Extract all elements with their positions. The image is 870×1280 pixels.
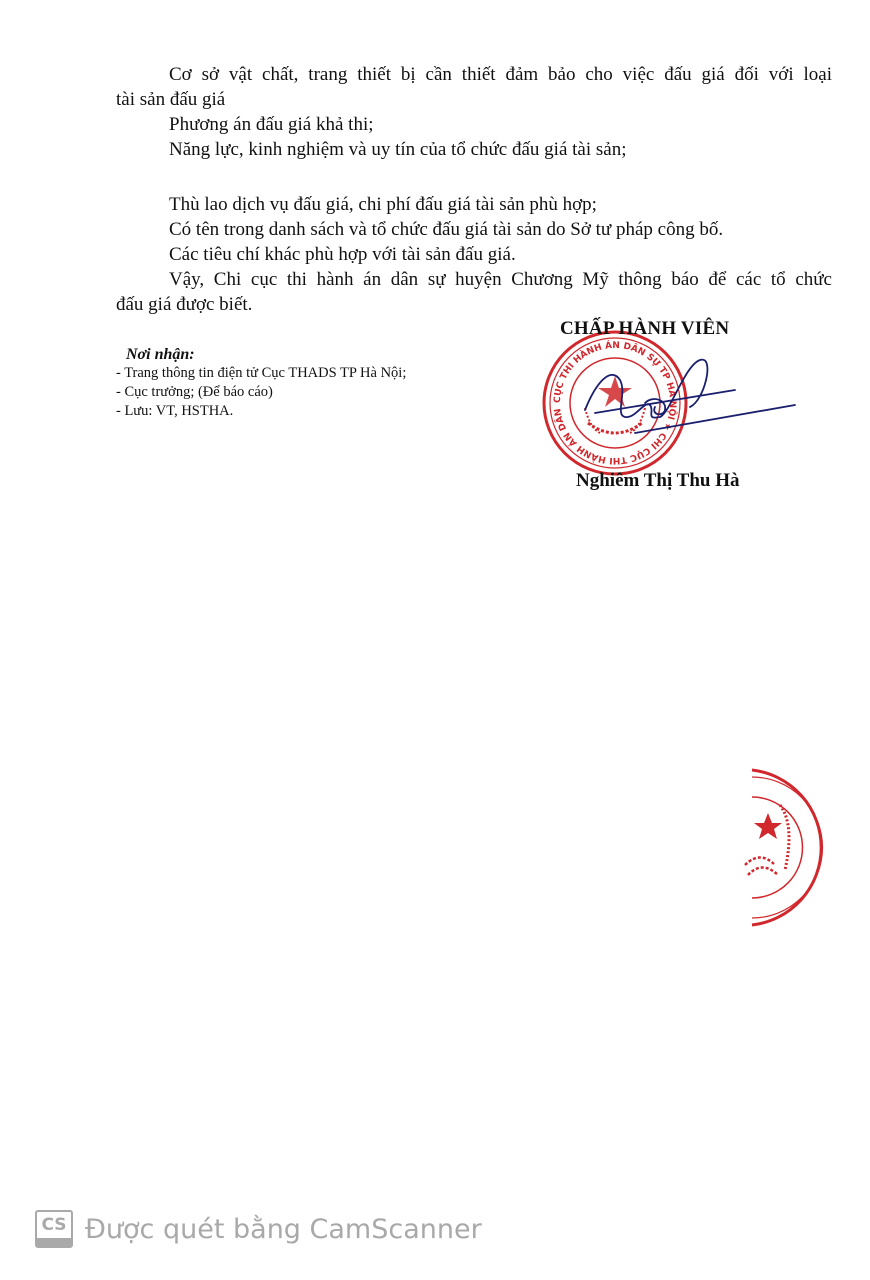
- recipients-title: Nơi nhận:: [116, 345, 406, 364]
- text-line: đấu giá được biết.: [116, 292, 832, 317]
- recipient-item: - Trang thông tin điện tử Cục THADS TP H…: [116, 364, 406, 383]
- handwritten-signature-icon: [575, 345, 805, 435]
- signer-name: Nghiêm Thị Thu Hà: [576, 470, 740, 492]
- criteria-block-2: Thù lao dịch vụ đấu giá, chi phí đấu giá…: [116, 192, 832, 317]
- edge-seal-icon: [740, 765, 840, 930]
- text-line: tài sản đấu giá: [116, 87, 832, 112]
- text-line: Có tên trong danh sách và tổ chức đấu gi…: [116, 217, 832, 242]
- text-line: Phương án đấu giá khả thi;: [116, 112, 832, 137]
- signer-role: CHẤP HÀNH VIÊN: [560, 318, 729, 340]
- text-line: Thù lao dịch vụ đấu giá, chi phí đấu giá…: [116, 192, 832, 217]
- text-line: Năng lực, kinh nghiệm và uy tín của tổ c…: [116, 137, 832, 162]
- text-line: Cơ sở vật chất, trang thiết bị cần thiết…: [116, 62, 832, 87]
- criteria-block-1: Cơ sở vật chất, trang thiết bị cần thiết…: [116, 62, 832, 162]
- document-page: Cơ sở vật chất, trang thiết bị cần thiết…: [0, 0, 870, 1280]
- text-line: Vậy, Chi cục thi hành án dân sự huyện Ch…: [116, 267, 832, 292]
- camscanner-watermark: CS Được quét bằng CamScanner: [35, 1210, 482, 1248]
- recipients-block: Nơi nhận: - Trang thông tin điện tử Cục …: [116, 345, 406, 421]
- text-line: Các tiêu chí khác phù hợp với tài sản đấ…: [116, 242, 832, 267]
- recipient-item: - Lưu: VT, HSTHA.: [116, 402, 406, 421]
- recipient-item: - Cục trưởng; (Để báo cáo): [116, 383, 406, 402]
- camscanner-logo-icon: CS: [35, 1210, 73, 1248]
- watermark-text: Được quét bằng CamScanner: [85, 1214, 482, 1245]
